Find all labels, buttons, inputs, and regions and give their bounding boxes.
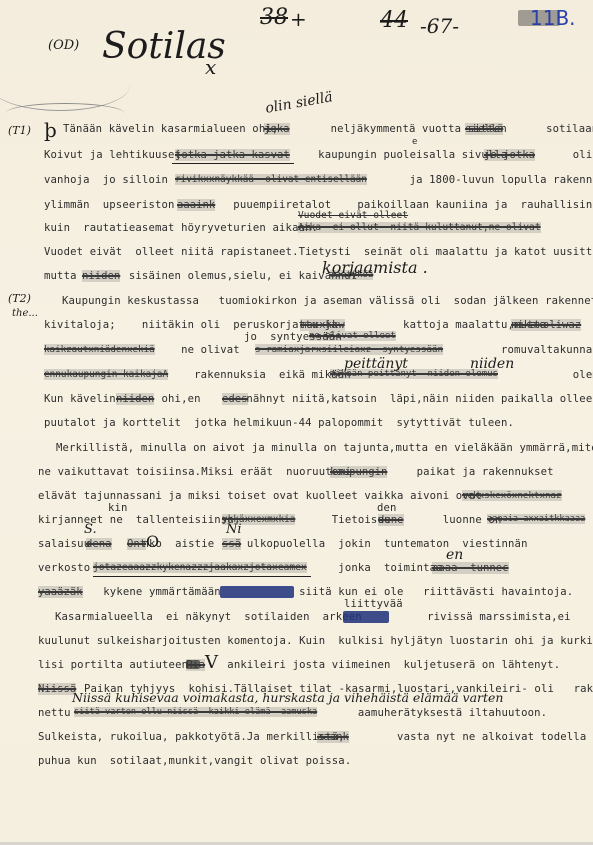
insertion-den: den (377, 502, 397, 514)
ink-underline (172, 163, 294, 164)
blue-ink-blot (220, 586, 294, 598)
insertion-liittyvaa: liittyvää (344, 598, 403, 610)
typed-line: Vuodet eivät olleet niitä rapistaneet.Ti… (44, 246, 593, 258)
struck-text: niiden (82, 270, 120, 282)
struck-text: dena (86, 538, 112, 550)
typed-line: Kaupungin keskustassa tuomiokirkon ja as… (62, 295, 593, 307)
struck-text: niiden (116, 393, 154, 405)
struck-text: aaaaia axxaitkkaaaa (487, 514, 585, 524)
insertion-ni: Ni (226, 522, 242, 537)
insertion-onko-o: O (146, 532, 159, 551)
typed-line: lisi portilta autiuteen. ankileiri josta… (38, 659, 560, 671)
struck-text: s ramiaxjarxsiileiaxz syntyessään (255, 344, 443, 355)
insertion-korjaamista: korjaamista . (322, 258, 428, 277)
struck-text: edes (222, 393, 248, 405)
struck-text: ssä (222, 538, 241, 550)
struck-text: jo jotka (484, 149, 535, 161)
insertion-jo-syntyessaan: jo syntyessään (244, 331, 342, 343)
typed-line: ne vaikuttavat toisiinsa.Miksi eräät nuo… (38, 466, 554, 478)
typed-line: Kasarmialueella ei näkynyt sotilaiden ar… (55, 611, 571, 623)
blue-ink-blot (343, 611, 389, 623)
typed-line: Sulkeista, rukoilua, pakkotyötä.Ja merki… (38, 731, 586, 743)
insertion-peittanyt: peittänyt (344, 356, 408, 372)
struck-text: Niissä (38, 683, 76, 695)
struck-text: jotka-jatka kasvat (175, 149, 290, 161)
typed-line: puutalot ja korttelit jotka helmikuun-44… (44, 417, 514, 429)
struck-text: maxxkkw (300, 319, 345, 331)
struck-text: dene (378, 514, 404, 526)
struck-text: nikaxoliwaz (511, 319, 581, 331)
typed-line: Tänään kävelin kasarmialueen ohi; neljäk… (63, 123, 593, 135)
paragraph-mark: þ (44, 118, 57, 142)
typed-line: kykene ymmärtämään siitä kun ei ole riit… (38, 586, 573, 598)
struck-text: jotazeaaazzkykenazzzjaakaxzjotaxeamex (93, 562, 307, 573)
margin-mark-t2: (T2) (8, 292, 31, 305)
insertion-vuodet: Vuodet eivät olleet (298, 210, 408, 221)
typed-line: elävät tajunnassani ja miksi toiset ovat… (38, 490, 482, 502)
struck-text: aaank (317, 731, 349, 743)
typed-line: kuulunut sulkeisharjoitusten komentoja. … (38, 635, 593, 647)
ink-blot (186, 660, 200, 669)
manuscript-page: (OD) Sotilas x 38 + 44 -67- 11B. (T1) þ … (0, 0, 593, 845)
struck-text: Ont (127, 538, 146, 550)
struck-text: Aika ei ollut niitä kuluttanut,ne olivat (298, 222, 541, 233)
struck-text: kaupungin (330, 466, 387, 478)
page-number-crossed-2: 44 (380, 8, 408, 33)
insertion-olin-siella: olin siellä (264, 89, 334, 117)
typed-line: Merkillistä, minulla on aivot ja minulla… (56, 442, 593, 454)
insertion-vankileiri-v: V (205, 652, 218, 673)
margin-note: the... (12, 308, 38, 319)
struck-text: siellä (465, 123, 503, 135)
page-number-plus: + (290, 7, 307, 31)
typed-line: kivitaloja; niitäkin oli peruskorjattu j… (44, 319, 547, 331)
page-number-blue: 11B. (530, 6, 576, 30)
page-number-crossed: 38 (260, 5, 288, 30)
insertion-kin: kin (108, 502, 128, 514)
code-mark: (OD) (48, 38, 79, 53)
margin-mark-t1: (T1) (8, 124, 31, 137)
insertion-en: en (446, 547, 463, 563)
insertion-s: S. (84, 522, 97, 537)
insertion-e: e (412, 137, 418, 147)
page-number-current: -67- (420, 14, 459, 38)
typed-line: kuin rautatieasemat höyryveturien aikaan… (44, 222, 318, 234)
insertion-niiden: niiden (470, 356, 514, 372)
struck-text: rivikxxnäykkää olivat entisellään (175, 174, 367, 185)
title-mark: x (205, 55, 216, 79)
ink-underline (93, 576, 311, 577)
struck-text: joka (264, 123, 290, 135)
struck-text: siitä varten ollu niissä kaikki elämä aa… (74, 707, 317, 717)
struck-text: rekxskexöxnektxnaz (462, 490, 562, 501)
struck-text: yaaäzäk (38, 586, 83, 598)
struck-text: aaaink (177, 199, 215, 211)
struck-text: kaikzautxniädenxekiä (44, 344, 155, 355)
struck-text: ennukaupungin kaikajaA (44, 369, 168, 380)
struck-text: aaaa tunnec (432, 562, 509, 574)
insertion-long: Niissä kuhisevaa voimakasta, hurskasta j… (72, 690, 503, 705)
pencil-arc (5, 103, 125, 124)
typed-line: puhua kun sotilaat,munkit,vangit olivat … (38, 755, 351, 767)
